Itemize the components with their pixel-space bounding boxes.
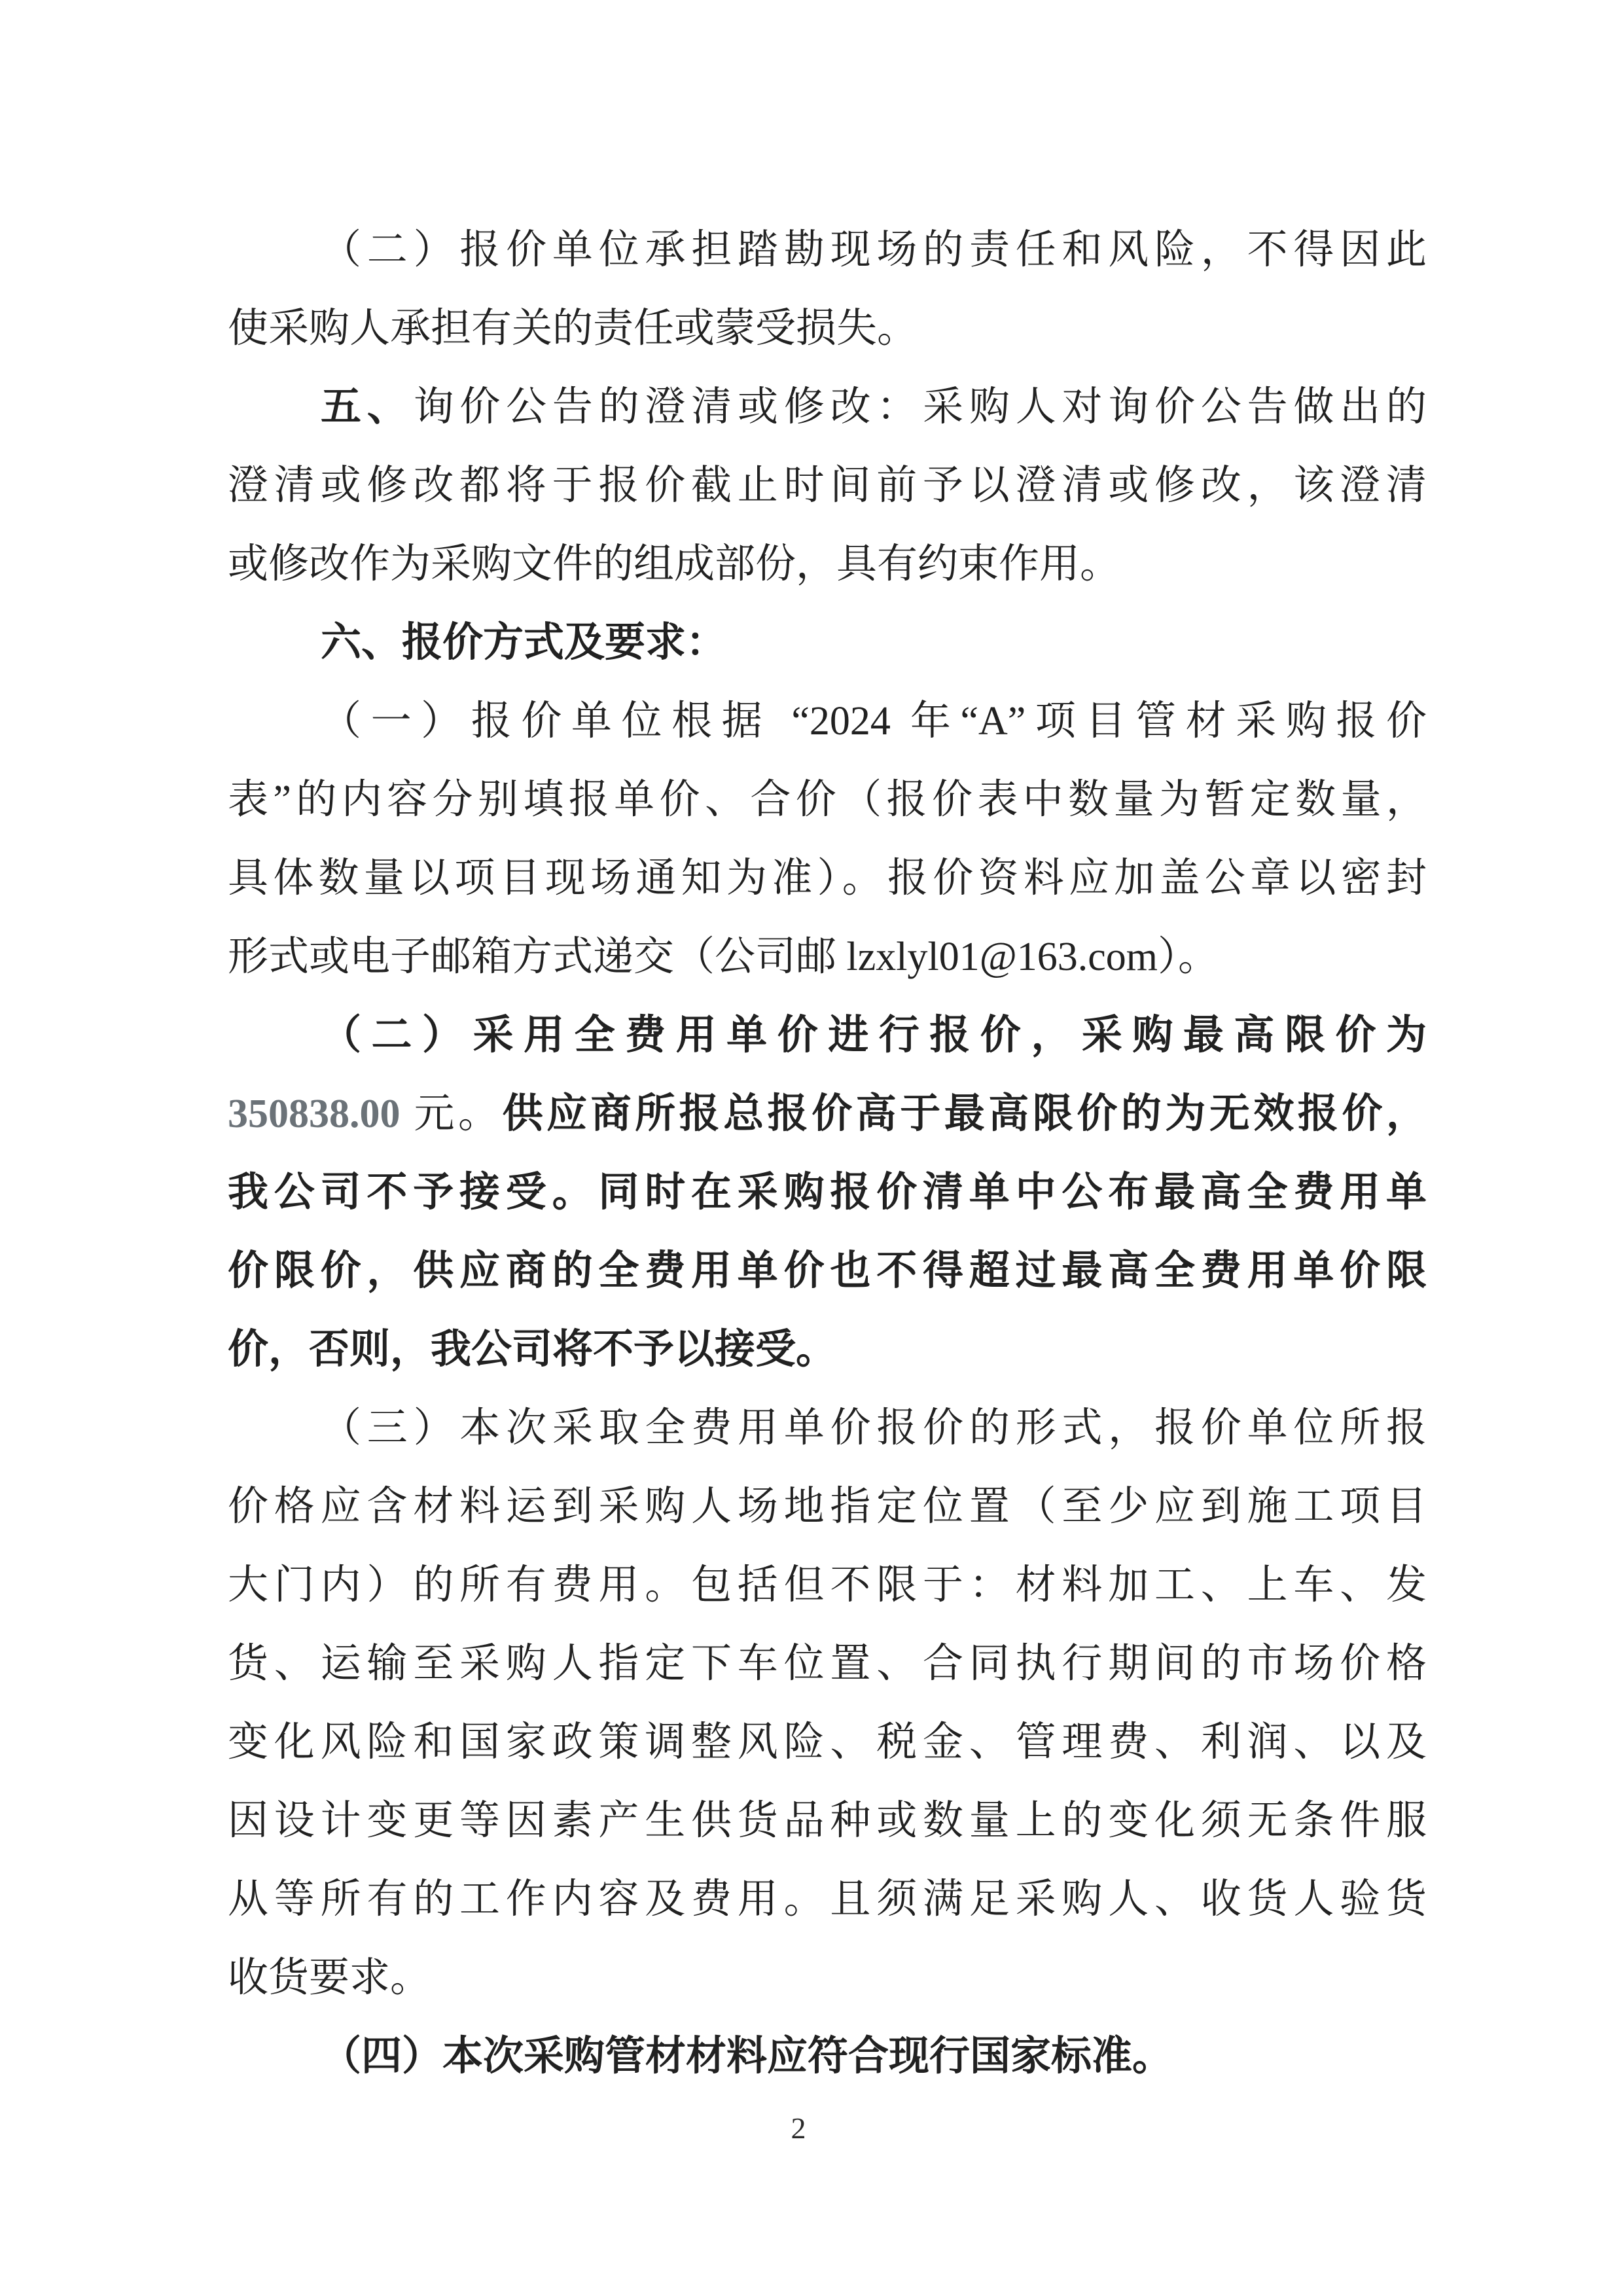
text-line-1: （二）报价单位承担踏勘现场的责任和风险，不得因此 xyxy=(228,211,1427,289)
text-segment: 澄清或修改都将于报价截止时间前予以澄清或修改，该澄清 xyxy=(228,463,1427,508)
text-line-15: 价，否则，我公司将不予以接受。 xyxy=(228,1310,1427,1389)
text-block: （二）报价单位承担踏勘现场的责任和风险，不得因此使采购人承担有关的责任或蒙受损失… xyxy=(228,211,1427,2096)
text-segment: 元。 xyxy=(401,1092,503,1136)
text-line-17: 价格应含材料运到采购人场地指定位置（至少应到施工项目 xyxy=(228,1467,1427,1546)
text-line-11: （二）采用全费用单价进行报价，采购最高限价为 xyxy=(228,996,1427,1075)
text-segment: 因设计变更等因素产生供货品种或数量上的变化须无条件服 xyxy=(228,1799,1427,1843)
text-segment: 具体数量以项目现场通知为准）。报价资料应加盖公章以密封 xyxy=(228,856,1427,901)
email-line: 形式或电子邮箱方式递交（公司邮 lzxlyl01@163.com）。 xyxy=(228,918,1427,996)
text-segment: 六、报价方式及要求： xyxy=(321,620,726,665)
text-segment: （二）采用全费用单价进行报价，采购最高限价为 xyxy=(321,1013,1427,1058)
text-line-7: （一）报价单位根据 “2024 年“A”项目管材采购报价 xyxy=(228,682,1427,761)
text-segment: 形式或电子邮箱方式递交（公司邮 lzxlyl01@163.com）。 xyxy=(228,935,1219,979)
text-segment: （一）报价单位根据 “2024 年“A”项目管材采购报价 xyxy=(321,699,1427,744)
text-segment: 五、 xyxy=(321,385,414,429)
text-segment: 价限价，供应商的全费用单价也不得超过最高全费用单价限 xyxy=(228,1249,1427,1293)
text-line-23: 收货要求。 xyxy=(228,1939,1427,2017)
text-segment: 收货要求。 xyxy=(228,1956,431,2000)
text-segment: 使采购人承担有关的责任或蒙受损失。 xyxy=(228,306,918,351)
text-line-19: 货、运输至采购人指定下车位置、合同执行期间的市场价格 xyxy=(228,1624,1427,1703)
text-segment: 从等所有的工作内容及费用。且须满足采购人、收货人验货 xyxy=(228,1877,1427,1922)
page-footer: 2 xyxy=(0,2109,1597,2148)
section-5-heading-line: 五、询价公告的澄清或修改：采购人对询价公告做出的 xyxy=(228,368,1427,446)
text-line-18: 大门内）的所有费用。包括但不限于：材料加工、上车、发 xyxy=(228,1546,1427,1624)
section-6-heading: 六、报价方式及要求： xyxy=(228,603,1427,682)
text-segment: 变化风险和国家政策调整风险、税金、管理费、利润、以及 xyxy=(228,1720,1427,1765)
text-line-4: 澄清或修改都将于报价截止时间前予以澄清或修改，该澄清 xyxy=(228,446,1427,525)
text-line-8: 表”的内容分别填报单价、合价（报价表中数量为暂定数量， xyxy=(228,761,1427,839)
max-price-value: 350838.00 xyxy=(228,1092,401,1136)
text-segment: （二）报价单位承担踏勘现场的责任和风险，不得因此 xyxy=(321,228,1427,272)
text-line-20: 变化风险和国家政策调整风险、税金、管理费、利润、以及 xyxy=(228,1703,1427,1782)
text-segment: （四）本次采购管材材料应符合现行国家标准。 xyxy=(321,2034,1173,2079)
text-line-16: （三）本次采取全费用单价报价的形式，报价单位所报 xyxy=(228,1389,1427,1467)
text-segment: 大门内）的所有费用。包括但不限于：材料加工、上车、发 xyxy=(228,1563,1427,1607)
text-segment: 表”的内容分别填报单价、合价（报价表中数量为暂定数量， xyxy=(228,778,1427,822)
text-line-21: 因设计变更等因素产生供货品种或数量上的变化须无条件服 xyxy=(228,1782,1427,1860)
text-line-13: 我公司不予接受。同时在采购报价清单中公布最高全费用单 xyxy=(228,1153,1427,1232)
text-segment: （三）本次采取全费用单价报价的形式，报价单位所报 xyxy=(321,1406,1427,1450)
section-4-item-heading: （四）本次采购管材材料应符合现行国家标准。 xyxy=(228,2017,1427,2096)
text-line-9: 具体数量以项目现场通知为准）。报价资料应加盖公章以密封 xyxy=(228,839,1427,918)
text-line-5: 或修改作为采购文件的组成部份，具有约束作用。 xyxy=(228,525,1427,603)
text-line-14: 价限价，供应商的全费用单价也不得超过最高全费用单价限 xyxy=(228,1232,1427,1310)
text-segment: 货、运输至采购人指定下车位置、合同执行期间的市场价格 xyxy=(228,1641,1427,1686)
text-line-2: 使采购人承担有关的责任或蒙受损失。 xyxy=(228,289,1427,368)
text-segment: 价，否则，我公司将不予以接受。 xyxy=(228,1327,836,1372)
text-line-22: 从等所有的工作内容及费用。且须满足采购人、收货人验货 xyxy=(228,1860,1427,1939)
text-segment: 或修改作为采购文件的组成部份，具有约束作用。 xyxy=(228,542,1120,586)
document-page: （二）报价单位承担踏勘现场的责任和风险，不得因此使采购人承担有关的责任或蒙受损失… xyxy=(0,0,1623,2296)
text-segment: 询价公告的澄清或修改：采购人对询价公告做出的 xyxy=(414,385,1427,429)
text-segment: 我公司不予接受。同时在采购报价清单中公布最高全费用单 xyxy=(228,1170,1427,1215)
text-segment: 价格应含材料运到采购人场地指定位置（至少应到施工项目 xyxy=(228,1484,1427,1529)
page-number: 2 xyxy=(791,2111,806,2145)
text-segment: 供应商所报总报价高于最高限价的为无效报价， xyxy=(503,1092,1427,1136)
price-limit-line: 350838.00 元。供应商所报总报价高于最高限价的为无效报价， xyxy=(228,1075,1427,1153)
